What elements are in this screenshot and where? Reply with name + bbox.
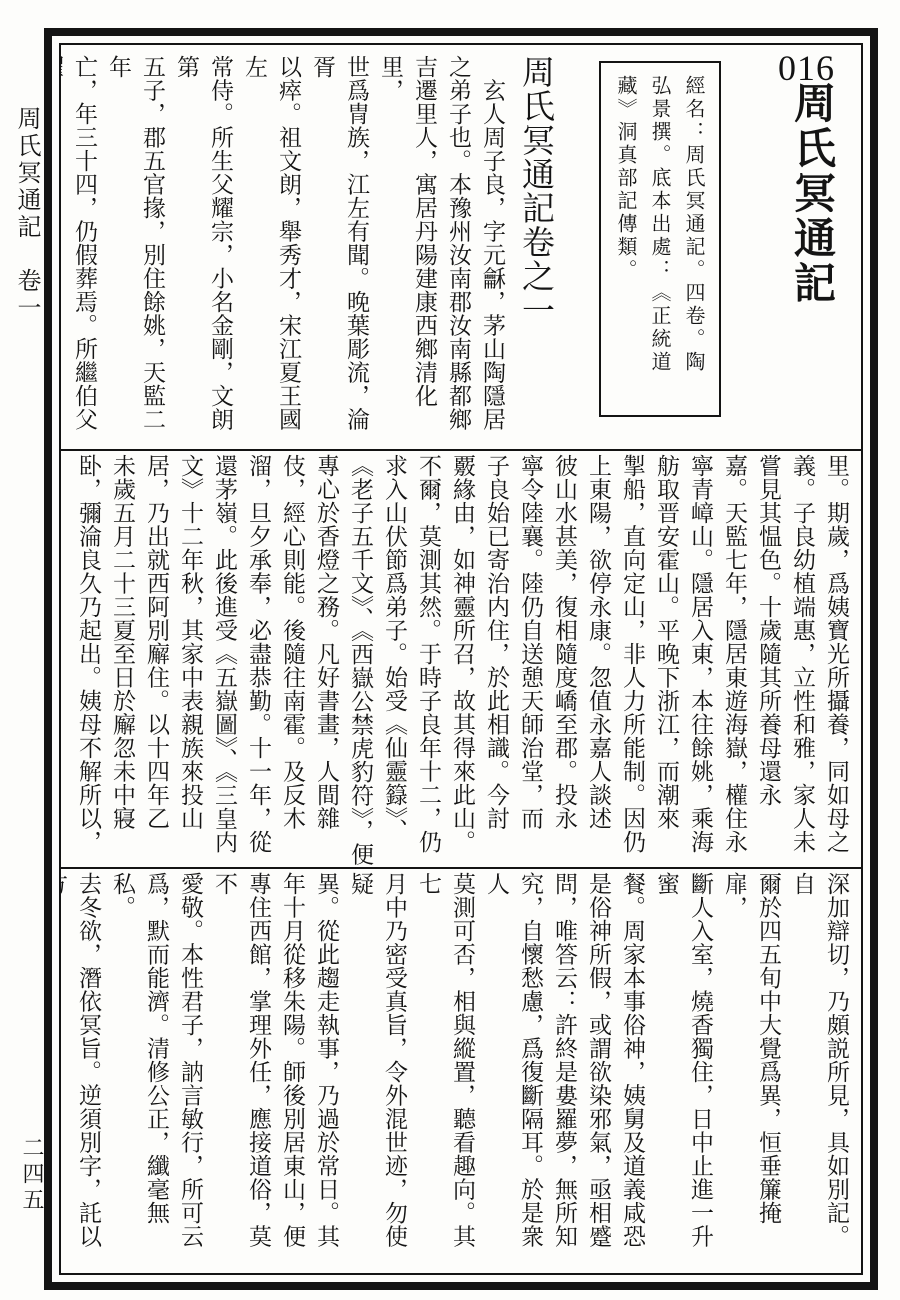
page-number: 二四五 bbox=[16, 1136, 46, 1214]
text-column: 吉遷里人，寓居丹陽建康西鄉清化里， bbox=[373, 55, 441, 449]
text-column: 不爾，莫測其然。于時子良年十二，仍 bbox=[411, 454, 445, 867]
colophon-column: 藏》洞真部記傳類。 bbox=[609, 75, 643, 405]
colophon-text: 經名：周氏冥通記。四卷。陶弘景撰。底本出處：《正統道藏》洞真部記傳類。 bbox=[607, 75, 711, 405]
colophon-column: 經名：周氏冥通記。四卷。陶 bbox=[677, 75, 711, 405]
text-column: 月中乃密受真旨，令外混世迹，勿使疑 bbox=[343, 872, 411, 1269]
text-column: 亡，年三十四，仍假葬焉。所繼伯父耀 bbox=[61, 55, 101, 449]
text-column: 玄人周子良，字元龢，茅山陶隱居 bbox=[475, 55, 509, 449]
text-column: 嘗見其愠色。十歲隨其所養母還永 bbox=[751, 454, 785, 867]
text-column: 問，唯答云：許終是婁羅夢，無所知 bbox=[547, 872, 581, 1269]
text-column: 究，自懷愁慮，爲復斷隔耳。於是衆人 bbox=[479, 872, 547, 1269]
text-column: 專心於香燈之務。凡好書畫，人間雜 bbox=[309, 454, 343, 867]
band-1: 016 周氏冥通記 經名：周氏冥通記。四卷。陶弘景撰。底本出處：《正統道藏》洞真… bbox=[61, 45, 861, 449]
scanned-book-page: { "colors": { "paper": "#fdfdfb", "ink":… bbox=[0, 0, 900, 1300]
text-column: 常侍。所生父耀宗，小名金剛，文朗第 bbox=[169, 55, 237, 449]
band-2-text: 里。期歲，爲姨寶光所攝養，同如母之義。子良幼植端惠，立性和雅，家人未嘗見其愠色。… bbox=[69, 451, 853, 867]
text-column: 寧令陸襄。陸仍自送憩天師治堂，而 bbox=[513, 454, 547, 867]
text-column: 掣船，直向定山，非人力所能制。因仍 bbox=[615, 454, 649, 867]
text-column: 居，乃出就西阿別廨住。以十四年乙 bbox=[139, 454, 173, 867]
text-column: 舫取晋安霍山。平晚下浙江，而潮來 bbox=[649, 454, 683, 867]
text-column: 之弟子也。本豫州汝南郡汝南縣都鄉 bbox=[441, 55, 475, 449]
text-column: 年十月從移朱陽。師後別居東山，便 bbox=[275, 872, 309, 1269]
band-1-text: 周氏冥通記卷之一 玄人周子良，字元龢，茅山陶隱居之弟子也。本豫州汝南郡汝南縣都鄉… bbox=[61, 45, 563, 449]
text-column: 上東陽，欲停永康。忽值永嘉人談述 bbox=[581, 454, 615, 867]
text-column: 義。子良幼植端惠，立性和雅，家人未 bbox=[785, 454, 819, 867]
text-column: 《老子五千文》、《西嶽公禁虎豹符》，便 bbox=[343, 454, 377, 867]
text-column: 未歲五月二十三夏至日於廨忽未中寢 bbox=[105, 454, 139, 867]
band-3: 深加辯切，乃頗説所見，具如別記。自爾於四五旬中大覺爲異，恒垂簾掩扉，斷人入室，燒… bbox=[61, 869, 861, 1269]
text-column: 伎，經心則能。後隨往南霍。及反木 bbox=[275, 454, 309, 867]
text-column: 深加辯切，乃頗説所見，具如別記。自 bbox=[785, 872, 853, 1269]
page-frame: 016 周氏冥通記 經名：周氏冥通記。四卷。陶弘景撰。底本出處：《正統道藏》洞真… bbox=[44, 28, 878, 1290]
text-column: 覈緣由，如神靈所召，故其得來此山。 bbox=[445, 454, 479, 867]
page-content: 016 周氏冥通記 經名：周氏冥通記。四卷。陶弘景撰。底本出處：《正統道藏》洞真… bbox=[61, 45, 861, 1273]
text-column: 卧，彌淪良久乃起出。姨母不解所以， bbox=[71, 454, 105, 867]
text-column: 彼山水甚美，復相隨度嶠至郡。投永 bbox=[547, 454, 581, 867]
text-column: 溜，旦夕承奉，必盡恭勤。十一年，從 bbox=[241, 454, 275, 867]
chapter-title: 周氏冥通記卷之一 bbox=[509, 55, 563, 449]
band-3-text: 深加辯切，乃頗説所見，具如別記。自爾於四五旬中大覺爲異，恒垂簾掩扉，斷人入室，燒… bbox=[69, 869, 853, 1269]
book-title: 周氏冥通記 bbox=[779, 81, 845, 381]
text-column: 專住西館，掌理外任，應接道俗，莫不 bbox=[207, 872, 275, 1269]
text-column: 爲，默而能濟。清修公正，纖毫無私。 bbox=[105, 872, 173, 1269]
text-column: 斷人入室，燒香獨住，日中止進一升蜜 bbox=[649, 872, 717, 1269]
text-column: 還茅嶺。此後進受《五嶽圖》、《三皇内 bbox=[207, 454, 241, 867]
text-column: 餐。周家本事俗神，姨舅及道義咸恐 bbox=[615, 872, 649, 1269]
running-title: 周氏冥通記 卷一 bbox=[10, 106, 44, 322]
colophon-box: 經名：周氏冥通記。四卷。陶弘景撰。底本出處：《正統道藏》洞真部記傳類。 bbox=[599, 61, 721, 417]
text-column: 是俗神所假，或謂欲染邪氣，亟相蹙 bbox=[581, 872, 615, 1269]
text-column: 世爲冑族，江左有聞。晚葉彫流，淪胥 bbox=[305, 55, 373, 449]
text-column: 爾於四五旬中大覺爲異，恒垂簾掩扉， bbox=[717, 872, 785, 1269]
text-column: 異。從此趨走執事，乃過於常日。其 bbox=[309, 872, 343, 1269]
text-column: 子良始已寄治内住，於此相識。今討 bbox=[479, 454, 513, 867]
band-2: 里。期歲，爲姨寶光所攝養，同如母之義。子良幼植端惠，立性和雅，家人未嘗見其愠色。… bbox=[61, 451, 861, 867]
text-column: 寧青嶂山。隱居入東，本往餘姚，乘海 bbox=[683, 454, 717, 867]
text-column: 五子，郡五官掾，別住餘姚，天監二年 bbox=[101, 55, 169, 449]
colophon-column: 弘景撰。底本出處：《正統道 bbox=[643, 75, 677, 405]
inner-border: 016 周氏冥通記 經名：周氏冥通記。四卷。陶弘景撰。底本出處：《正統道藏》洞真… bbox=[59, 43, 863, 1275]
text-column: 莫測可否，相與縱置，聽看趣向。其七 bbox=[411, 872, 479, 1269]
text-column: 愛敬。本性君子，訥言敏行，所可云 bbox=[173, 872, 207, 1269]
text-column: 嘉。天監七年，隱居東遊海嶽，權住永 bbox=[717, 454, 751, 867]
text-column: 以瘁。祖文朗，舉秀才，宋江夏王國左 bbox=[237, 55, 305, 449]
text-column: 里。期歲，爲姨寶光所攝養，同如母之 bbox=[819, 454, 853, 867]
text-column: 文》十二年秋，其家中表親族來投山 bbox=[173, 454, 207, 867]
text-column: 求入山伏節爲弟子。始受《仙靈籙》、 bbox=[377, 454, 411, 867]
text-column: 去冬欲，潛依冥旨。逆須別字，託以方 bbox=[61, 872, 105, 1269]
